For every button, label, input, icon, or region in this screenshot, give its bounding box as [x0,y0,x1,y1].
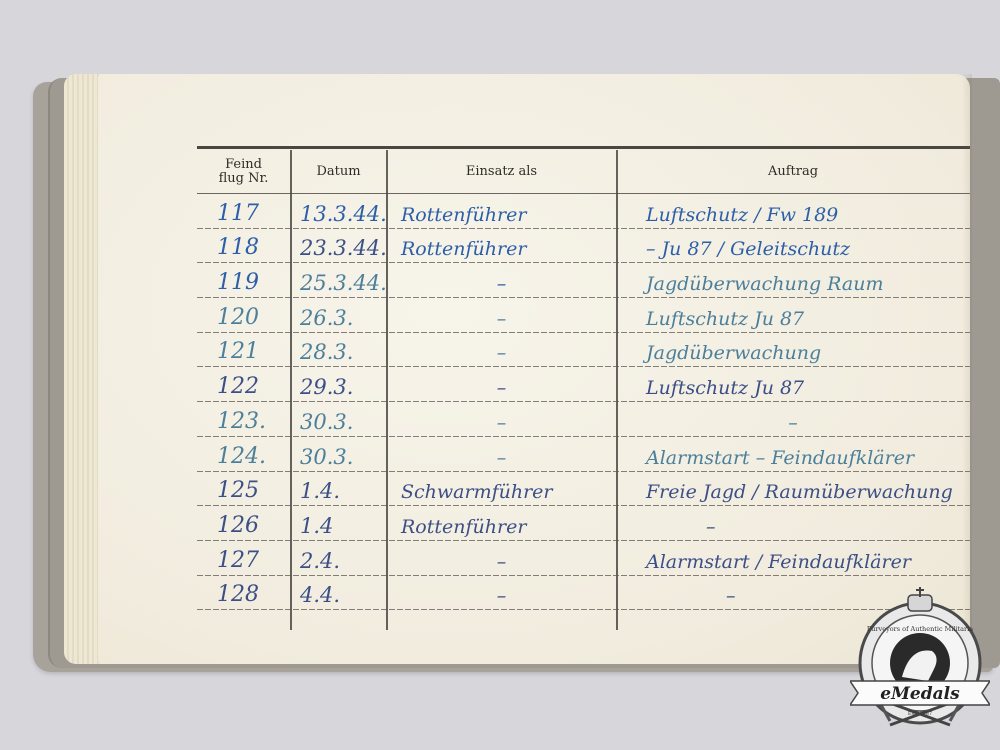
cell-datum: 29.3. [290,367,387,402]
table-row: 125 1.4. Schwarmführer Freie Jagd / Raum… [197,472,970,507]
cell-datum: 30.3. [290,402,387,437]
cell-nr: 126 [197,506,290,541]
cell-nr: 121 [197,333,290,368]
table-row: 117 13.3.44. Rottenführer Luftschutz / F… [197,194,970,229]
cell-auftrag: Luftschutz / Fw 189 [616,194,970,229]
cell-datum: 28.3. [290,333,387,368]
cell-einsatz: Rottenführer [387,229,616,264]
cell-datum: 2.4. [290,541,387,576]
header-auftrag: Auftrag [616,150,970,193]
cell-einsatz: – [387,298,616,333]
table-top-rule [197,146,970,149]
cell-einsatz: – [387,437,616,472]
cell-auftrag: Jagdüberwachung Raum [616,263,970,298]
cell-einsatz: – [387,367,616,402]
cell-nr: 119 [197,263,290,298]
cell-einsatz: – [387,576,616,611]
cell-einsatz: – [387,333,616,368]
cell-auftrag: Luftschutz Ju 87 [616,367,970,402]
svg-text:Purveyors of Authentic Militar: Purveyors of Authentic Militaria [867,625,973,633]
svg-text:Est. 1987: Est. 1987 [908,711,932,717]
header-line-2: flug Nr. [219,172,269,186]
cell-einsatz: – [387,402,616,437]
cell-nr: 122 [197,367,290,402]
header-einsatz-als: Einsatz als [387,150,616,193]
cell-datum: 26.3. [290,298,387,333]
cell-auftrag: – [616,402,970,437]
table-row: 122 29.3. – Luftschutz Ju 87 [197,367,970,402]
cell-auftrag: Jagdüberwachung [616,333,970,368]
header-datum: Datum [290,150,387,193]
cell-einsatz: – [387,541,616,576]
header-feindflug-nr: Feind flug Nr. [197,150,290,193]
table-row: 124. 30.3. – Alarmstart – Feindaufklärer [197,437,970,472]
cell-datum: 23.3.44. [290,229,387,264]
cell-nr: 125 [197,472,290,507]
cell-einsatz: – [387,263,616,298]
cell-nr: 128 [197,576,290,611]
log-book: Feind flug Nr. Datum Einsatz als Auftrag… [0,0,1000,750]
cell-auftrag: Luftschutz Ju 87 [616,298,970,333]
table-row: 118 23.3.44. Rottenführer – Ju 87 / Gele… [197,229,970,264]
cell-auftrag: Alarmstart / Feindaufklärer [616,541,970,576]
table-row: 121 28.3. – Jagdüberwachung [197,333,970,368]
emedals-logo-icon: eMedals Purveyors of Authentic Militaria… [850,585,990,735]
cell-einsatz: Rottenführer [387,506,616,541]
cell-datum: 1.4 [290,506,387,541]
table-row: 120 26.3. – Luftschutz Ju 87 [197,298,970,333]
cell-nr: 127 [197,541,290,576]
cell-auftrag: – Ju 87 / Geleitschutz [616,229,970,264]
cell-nr: 120 [197,298,290,333]
emedals-watermark: eMedals Purveyors of Authentic Militaria… [850,585,990,735]
cell-auftrag: Alarmstart – Feindaufklärer [616,437,970,472]
cell-datum: 13.3.44. [290,194,387,229]
cell-auftrag: Freie Jagd / Raumüberwachung [616,472,970,507]
cell-nr: 124. [197,437,290,472]
cell-nr: 117 [197,194,290,229]
cell-datum: 4.4. [290,576,387,611]
table-row: 127 2.4. – Alarmstart / Feindaufklärer [197,541,970,576]
cell-nr: 123. [197,402,290,437]
cell-auftrag: – [616,506,970,541]
cell-datum: 30.3. [290,437,387,472]
table-row: 119 25.3.44. – Jagdüberwachung Raum [197,263,970,298]
table-row: 126 1.4 Rottenführer – [197,506,970,541]
table-row: 123. 30.3. – – [197,402,970,437]
cell-datum: 25.3.44. [290,263,387,298]
table-body: 117 13.3.44. Rottenführer Luftschutz / F… [197,194,970,610]
cell-einsatz: Rottenführer [387,194,616,229]
cell-einsatz: Schwarmführer [387,472,616,507]
table-header: Feind flug Nr. Datum Einsatz als Auftrag [197,150,970,193]
svg-text:eMedals: eMedals [880,684,960,704]
cell-datum: 1.4. [290,472,387,507]
cell-nr: 118 [197,229,290,264]
header-line-1: Feind [219,158,269,172]
